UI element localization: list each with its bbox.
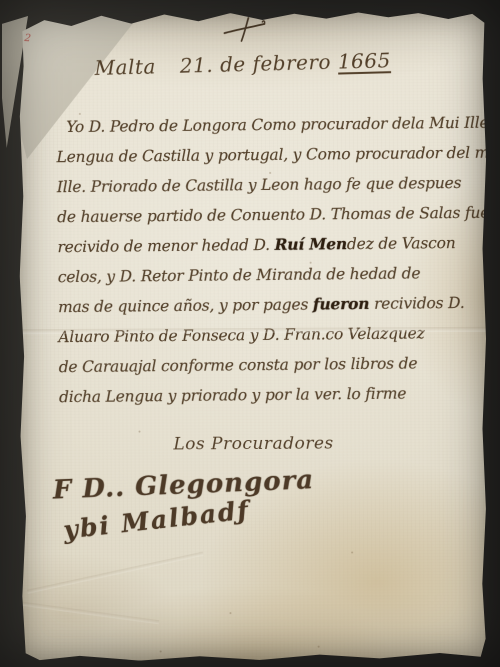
foxing-dot bbox=[138, 431, 140, 433]
manuscript-paper: 2 Malta21. de febrero 1665 Yo D. Pedro d… bbox=[16, 9, 489, 661]
line-text: celos, y D. Retor Pinto de Miranda de he… bbox=[58, 264, 421, 286]
line-text: recivido de menor hedad D. bbox=[57, 236, 274, 256]
line-text: de Carauajal conforme consta por los lib… bbox=[59, 354, 418, 376]
date-place: Malta bbox=[94, 54, 156, 80]
manuscript-line: recivido de menor hedad D. Ruí Mendez de… bbox=[57, 228, 482, 262]
paper-crease bbox=[20, 601, 159, 624]
paper-crease bbox=[27, 552, 204, 594]
signature-gongora: F D.. Glegongora bbox=[52, 465, 314, 505]
foxing-dot bbox=[160, 650, 162, 652]
line-text: Lengua de Castilla y portugal, y Como pr… bbox=[56, 143, 500, 166]
date-line: Malta21. de febrero 1665 bbox=[94, 48, 391, 80]
manuscript-body: Yo D. Pedro de Longora Como procurador d… bbox=[56, 108, 484, 412]
cross-icon bbox=[221, 15, 267, 45]
line-text: dez de Vascon bbox=[347, 234, 456, 253]
date-text: 21. de febrero bbox=[180, 50, 332, 78]
manuscript-line: de hauerse partido de Conuento D. Thomas… bbox=[57, 198, 482, 232]
foxing-dot bbox=[351, 551, 353, 553]
manuscript-line: Aluaro Pinto de Fonseca y D. Fran.co Vel… bbox=[58, 318, 483, 352]
foxing-dot bbox=[229, 612, 231, 614]
line-text: recividos D. bbox=[369, 294, 464, 313]
line-text: Aluaro Pinto de Fonseca y D. Fran.co Vel… bbox=[58, 324, 424, 346]
closing-line: Los Procuradores bbox=[19, 433, 489, 455]
manuscript-line: Lengua de Castilla y portugal, y Como pr… bbox=[56, 138, 481, 172]
manuscript-line: de Carauajal conforme consta por los lib… bbox=[59, 348, 484, 382]
manuscript-line: mas de quince años, y por pages fueron r… bbox=[58, 288, 483, 322]
manuscript-line: dicha Lengua y priorado y por la ver. lo… bbox=[59, 378, 484, 412]
foxing-dot bbox=[269, 172, 271, 174]
line-text: de hauerse partido de Conuento D. Thomas… bbox=[57, 204, 489, 227]
date-year: 1665 bbox=[338, 48, 392, 73]
line-text: Yo D. Pedro de Longora Como procurador d… bbox=[66, 114, 493, 136]
manuscript-photo: 2 Malta21. de febrero 1665 Yo D. Pedro d… bbox=[0, 0, 500, 667]
line-text: Ille. Priorado de Castilla y Leon hago f… bbox=[57, 174, 462, 196]
foxing-dot bbox=[318, 646, 320, 648]
line-text: mas de quince años, y por pages bbox=[58, 295, 313, 316]
foxing-dot bbox=[79, 113, 81, 115]
manuscript-line: celos, y D. Retor Pinto de Miranda de he… bbox=[58, 258, 483, 292]
manuscript-line: Yo D. Pedro de Longora Como procurador d… bbox=[56, 108, 481, 142]
reinked-text: Ruí Men bbox=[275, 234, 348, 254]
line-text: dicha Lengua y priorado y por la ver. lo… bbox=[59, 384, 406, 406]
reinked-text: fueron bbox=[313, 294, 370, 314]
foxing-dot bbox=[310, 262, 312, 264]
